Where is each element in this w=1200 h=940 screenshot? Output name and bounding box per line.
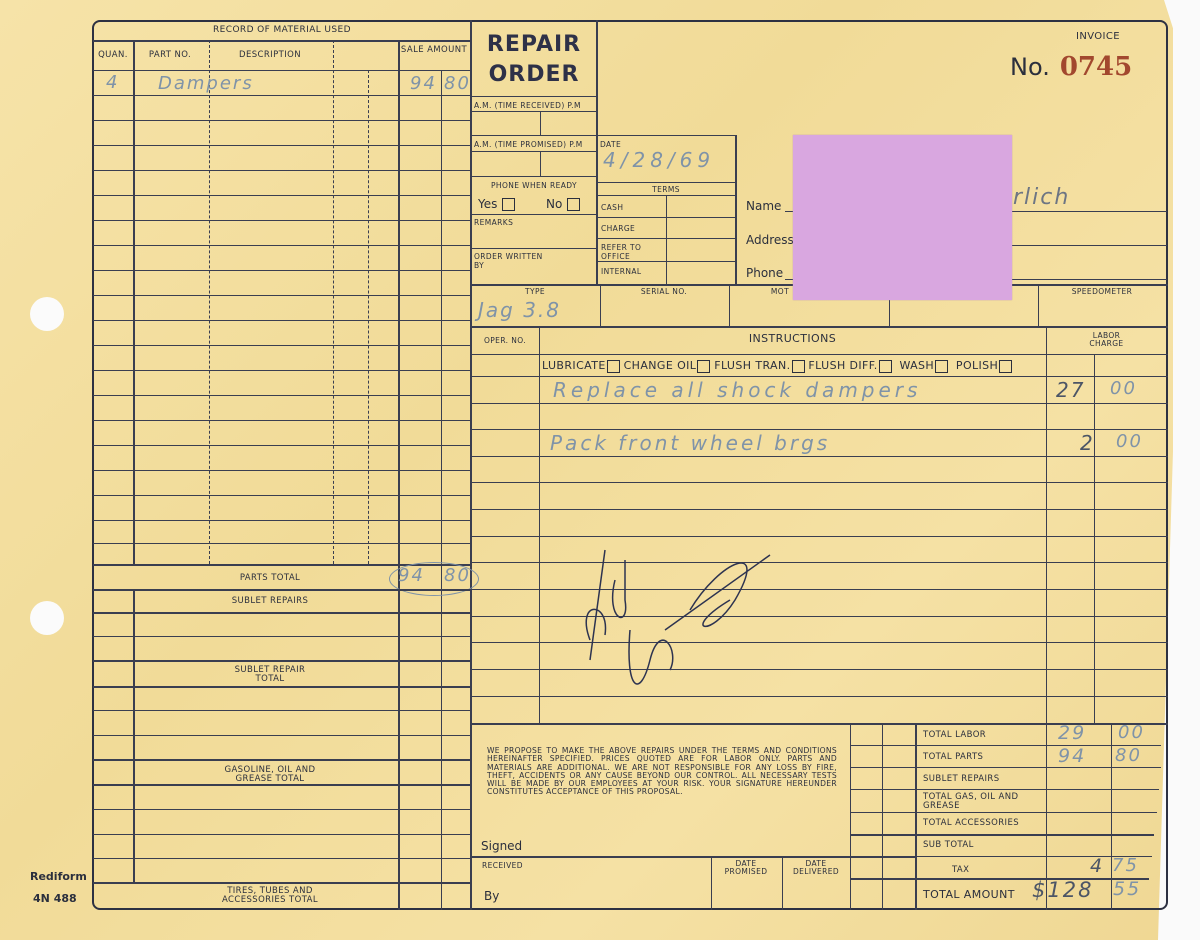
tax-label: TAX <box>952 866 969 875</box>
labor-line-2-dollars: 2 <box>1080 431 1095 455</box>
total-labor-dollars: 29 <box>1058 722 1086 744</box>
parts-total-cents: 80 <box>444 565 471 586</box>
parts-total-label: PARTS TOTAL <box>210 574 330 583</box>
redaction-sticker <box>793 135 1012 300</box>
gas-oil-total-label: GASOLINE, OIL ANDGREASE TOTAL <box>210 766 330 784</box>
flush-diff-checkbox[interactable] <box>879 360 892 373</box>
serial-no-label: SERIAL NO. <box>600 287 728 296</box>
received-label: RECEIVED <box>482 861 523 870</box>
phone-label: Phone <box>746 266 783 280</box>
signed-label[interactable]: Signed <box>481 839 522 853</box>
labor-charge-label: LABORCHARGE <box>1046 332 1167 348</box>
tax-cents: 75 <box>1112 855 1139 876</box>
paid-signature-scribble <box>570 540 790 720</box>
order-written-by-label: ORDER WRITTENBY <box>474 252 543 270</box>
material-description: Dampers <box>158 73 254 94</box>
polish-checkbox[interactable] <box>999 360 1012 373</box>
time-received-label: A.M. (TIME RECEIVED) P.M <box>474 101 581 110</box>
instruction-line-1: Replace all shock dampers <box>553 378 921 402</box>
flush-tran-checkbox[interactable] <box>792 360 805 373</box>
terms-conditions-text: WE PROPOSE TO MAKE THE ABOVE REPAIRS UND… <box>487 747 837 797</box>
binder-hole <box>30 601 64 635</box>
date-delivered-label: DATEDELIVERED <box>782 860 850 876</box>
form-code: 4N 488 <box>33 892 77 905</box>
material-amount-dollars: 94 <box>410 73 437 94</box>
speedometer-label: SPEEDOMETER <box>1038 287 1166 296</box>
labor-line-1-cents: 00 <box>1110 378 1137 399</box>
sub-total-label: SUB TOTAL <box>923 841 974 850</box>
change-oil-checkbox[interactable] <box>697 360 710 373</box>
terms-header: TERMS <box>597 185 735 194</box>
phone-ready-no[interactable]: No <box>546 197 580 211</box>
col-sale-amount: SALE AMOUNT <box>400 46 468 55</box>
remarks-label[interactable]: REMARKS <box>474 218 513 227</box>
instructions-header: INSTRUCTIONS <box>540 334 1045 343</box>
sublet-repairs-label: SUBLET REPAIRS <box>175 597 365 606</box>
parts-total-dollars: 94 <box>398 565 425 586</box>
address-label: Address <box>746 233 794 247</box>
total-accessories-label: TOTAL ACCESSORIES <box>923 819 1019 828</box>
terms-charge[interactable]: CHARGE <box>601 224 635 233</box>
total-amount-label: TOTAL AMOUNT <box>923 890 1015 899</box>
form-title: REPAIRORDER <box>474 30 594 90</box>
received-by-label[interactable]: By <box>484 889 499 903</box>
name-value: rlich <box>1013 185 1070 210</box>
lubricate-option[interactable]: LUBRICATE <box>542 359 620 372</box>
material-quantity: 4 <box>106 72 119 93</box>
no-checkbox[interactable] <box>567 198 580 211</box>
total-amount-dollars: $128 <box>1032 878 1093 902</box>
terms-refer-to-office[interactable]: REFER TO OFFICE <box>601 243 661 261</box>
phone-when-ready-label: PHONE WHEN READY <box>471 181 597 190</box>
materials-header: RECORD OF MATERIAL USED <box>94 26 470 35</box>
total-labor-cents: 00 <box>1118 722 1145 743</box>
time-promised-label: A.M. (TIME PROMISED) P.M <box>474 140 583 149</box>
total-parts-cents: 80 <box>1115 745 1142 766</box>
lubricate-checkbox[interactable] <box>607 360 620 373</box>
tires-tubes-total-label: TIRES, TUBES ANDACCESSORIES TOTAL <box>210 887 330 905</box>
terms-internal[interactable]: INTERNAL <box>601 267 641 276</box>
name-label: Name <box>746 199 781 213</box>
material-amount-cents: 80 <box>444 73 471 94</box>
form-brand: Rediform <box>30 870 87 883</box>
total-parts-dollars: 94 <box>1058 745 1086 767</box>
total-labor-label: TOTAL LABOR <box>923 731 986 740</box>
binder-hole <box>30 297 64 331</box>
instruction-line-2: Pack front wheel brgs <box>550 431 830 455</box>
type-value: Jag 3.8 <box>478 298 561 322</box>
total-parts-label: TOTAL PARTS <box>923 753 983 762</box>
total-amount-cents: 55 <box>1113 878 1141 900</box>
yes-checkbox[interactable] <box>502 198 515 211</box>
col-quan: QUAN. <box>94 51 132 60</box>
oper-no-label: OPER. NO. <box>471 336 539 345</box>
labor-line-1-dollars: 27 <box>1056 378 1085 402</box>
phone-ready-yes[interactable]: Yes <box>478 197 515 211</box>
terms-cash[interactable]: CASH <box>601 203 623 212</box>
invoice-number: No.0745 <box>1010 52 1132 82</box>
invoice-label: INVOICE <box>1060 32 1136 41</box>
sublet-total-label: SUBLET REPAIRTOTAL <box>210 666 330 684</box>
tax-dollars: 4 <box>1090 855 1104 877</box>
flush-diff-option[interactable]: FLUSH DIFF. <box>808 359 891 372</box>
wash-option[interactable]: WASH <box>896 359 949 372</box>
labor-line-2-cents: 00 <box>1116 431 1143 452</box>
wash-checkbox[interactable] <box>935 360 948 373</box>
service-checkboxes: LUBRICATE CHANGE OIL FLUSH TRAN. FLUSH D… <box>542 359 1012 373</box>
flush-tran-option[interactable]: FLUSH TRAN. <box>714 359 804 372</box>
polish-option[interactable]: POLISH <box>952 359 1012 372</box>
type-label: TYPE <box>471 287 599 296</box>
date-value: 4/28/69 <box>603 148 715 172</box>
total-gas-oil-grease-label: TOTAL GAS, OIL AND GREASE <box>923 793 1043 811</box>
date-promised-label: DATEPROMISED <box>711 860 781 876</box>
sublet-repairs-total-label: SUBLET REPAIRS <box>923 775 1000 784</box>
col-part-no: PART NO. <box>135 51 205 60</box>
col-description: DESCRIPTION <box>210 51 330 60</box>
change-oil-option[interactable]: CHANGE OIL <box>624 359 711 372</box>
